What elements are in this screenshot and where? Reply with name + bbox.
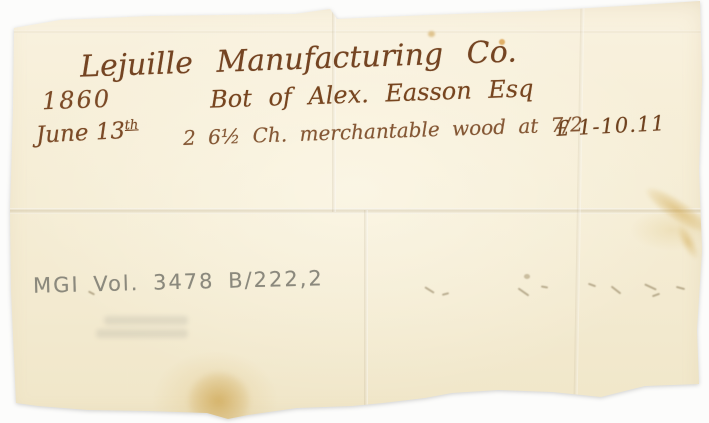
stain-dot xyxy=(524,274,530,279)
paper-shadow-wrap: Lejuille Manufacturing Co. 1860 Bot of A… xyxy=(0,0,709,423)
pencil-scratch-mark xyxy=(644,283,657,290)
scanned-receipt: Lejuille Manufacturing Co. 1860 Bot of A… xyxy=(0,0,709,423)
horizontal-fold-crease xyxy=(0,208,709,214)
vertical-fold-crease-lower xyxy=(364,210,368,408)
pencil-scratch-mark xyxy=(676,286,685,290)
entry-amount-handwriting: £ 1-10.11 xyxy=(555,111,666,141)
entry-date-ordinal: th xyxy=(124,118,138,134)
pencil-scratch-mark xyxy=(611,286,622,295)
entry-description-handwriting: 2 6½ Ch. merchantable wood at 7/2 xyxy=(183,112,584,150)
ink-bleedthrough-mark xyxy=(96,329,188,338)
entry-date-main: June 13 xyxy=(35,118,125,149)
bought-of-handwriting: Bot of Alex. Easson Esq xyxy=(210,74,534,113)
vertical-fold-crease-right xyxy=(574,4,585,402)
archive-catalog-note: MGI Vol. 3478 B/222,2 xyxy=(33,266,324,298)
receipt-paper: Lejuille Manufacturing Co. 1860 Bot of A… xyxy=(0,0,709,423)
ink-bleedthrough-mark xyxy=(104,316,188,325)
entry-date-handwriting: June 13th xyxy=(35,117,139,148)
top-fold-crease xyxy=(0,30,709,34)
year-handwriting: 1860 xyxy=(42,85,112,115)
pencil-scratch-mark xyxy=(541,285,548,288)
vertical-fold-crease-upper xyxy=(332,8,336,212)
pencil-scratch-mark xyxy=(652,293,660,298)
pencil-scratch-mark xyxy=(518,287,530,296)
pencil-scratch-mark xyxy=(424,286,434,294)
pencil-scratch-mark xyxy=(442,292,449,296)
stain-streak-tail xyxy=(672,221,703,263)
stain-dot xyxy=(428,31,435,37)
pencil-scratch-mark xyxy=(588,283,596,288)
stain-streak xyxy=(641,181,709,239)
stain-bottom xyxy=(188,372,250,423)
